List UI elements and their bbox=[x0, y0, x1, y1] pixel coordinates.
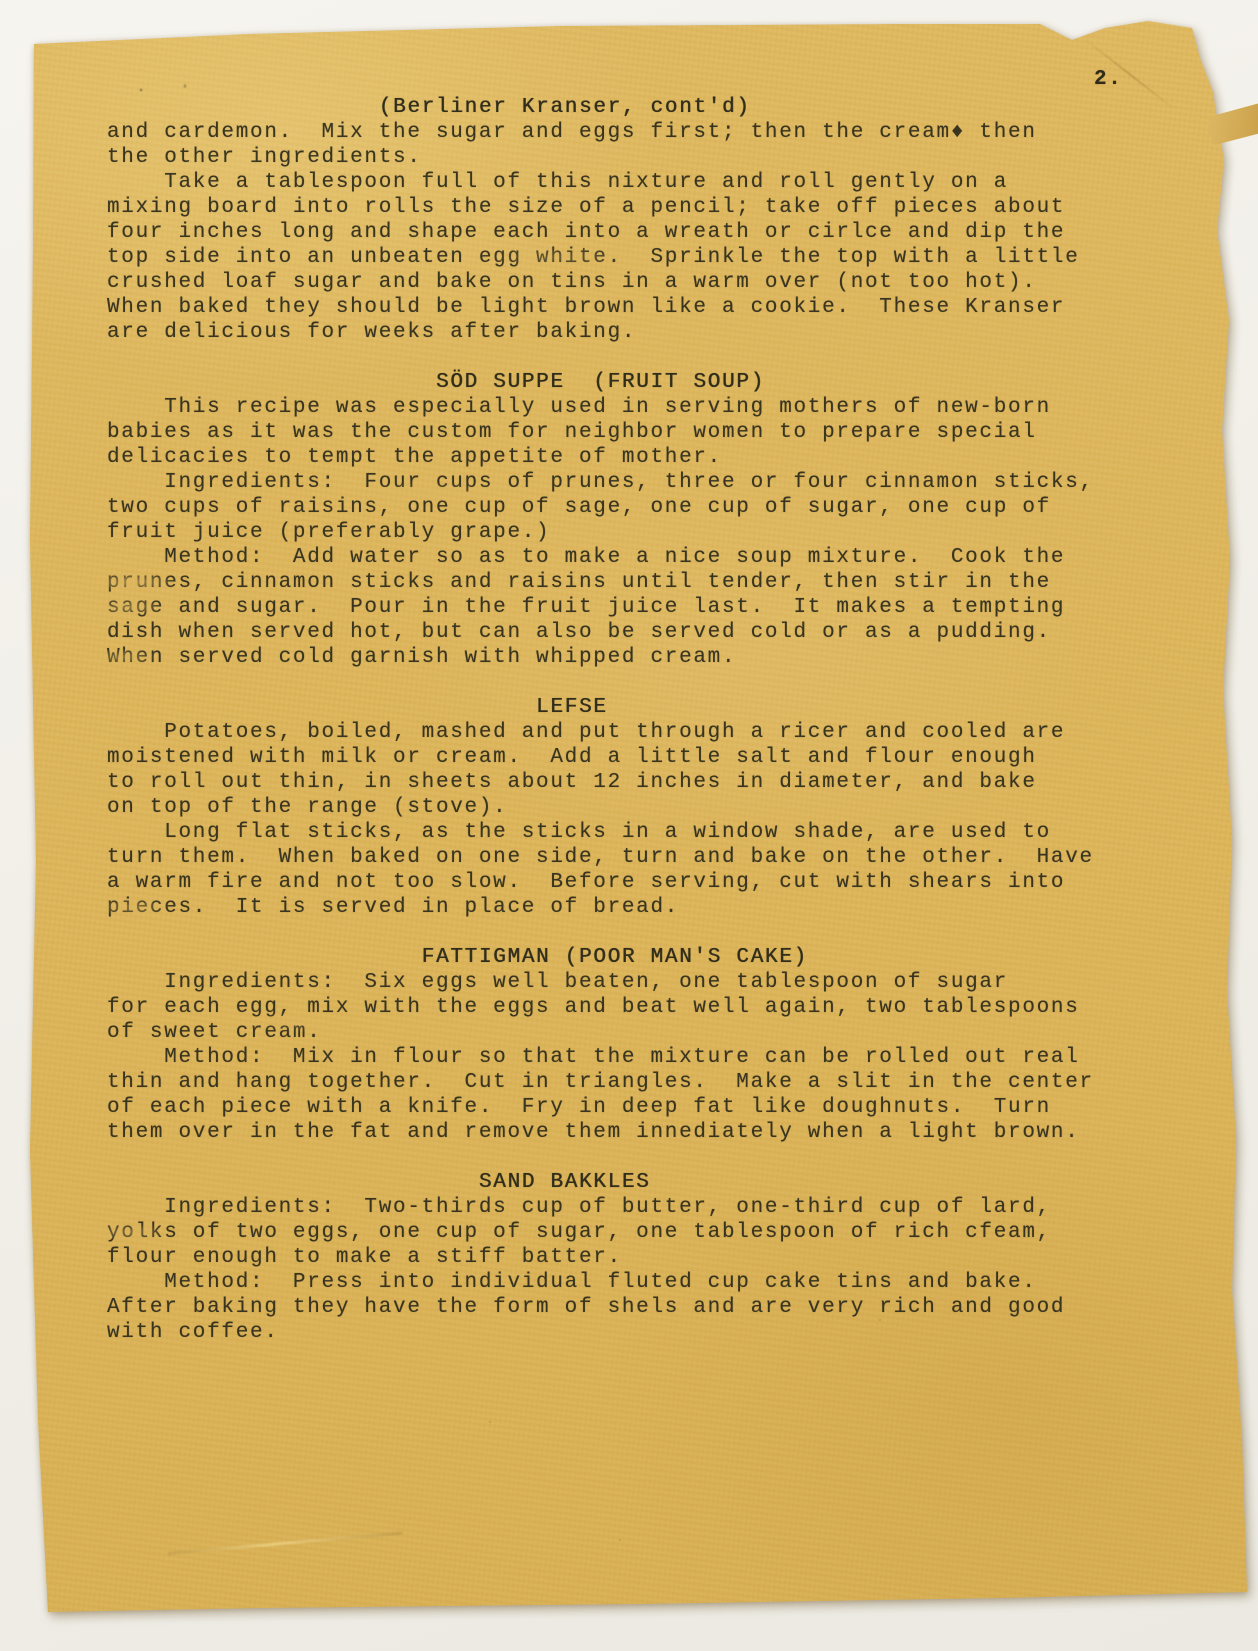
text-line: pieces. It is served in place of bread. bbox=[107, 895, 1177, 920]
text-line: top side into an unbeaten egg white. Spr… bbox=[107, 245, 1177, 270]
text-line: two cups of raisins, one cup of sage, on… bbox=[107, 495, 1177, 520]
text-line: dish when served hot, but can also be se… bbox=[107, 620, 1177, 645]
recipe-heading: SAND BAKKLES bbox=[107, 1170, 1177, 1195]
text-line: for each egg, mix with the eggs and beat… bbox=[107, 995, 1177, 1020]
paper-sheet-wrap: 2. (Berliner Kranser, cont'd)and cardemo… bbox=[0, 0, 1258, 1651]
text-line: yolks of two eggs, one cup of sugar, one… bbox=[107, 1220, 1177, 1245]
text-line: Method: Press into individual fluted cup… bbox=[107, 1270, 1177, 1295]
text-line: Method: Add water so as to make a nice s… bbox=[107, 545, 1177, 570]
text-line: fruit juice (preferably grape.) bbox=[107, 520, 1177, 545]
text-line: and cardemon. Mix the sugar and eggs fir… bbox=[107, 120, 1177, 145]
text-line: with coffee. bbox=[107, 1320, 1177, 1345]
text-line: After baking they have the form of shels… bbox=[107, 1295, 1177, 1320]
text-line: babies as it was the custom for neighbor… bbox=[107, 420, 1177, 445]
blank-line bbox=[107, 670, 1177, 695]
text-line: are delicious for weeks after baking. bbox=[107, 320, 1177, 345]
text-line: This recipe was especially used in servi… bbox=[107, 395, 1177, 420]
text-line: thin and hang together. Cut in triangles… bbox=[107, 1070, 1177, 1095]
text-line: delicacies to tempt the appetite of moth… bbox=[107, 445, 1177, 470]
text-line: of sweet cream. bbox=[107, 1020, 1177, 1045]
text-line: four inches long and shape each into a w… bbox=[107, 220, 1177, 245]
text-line: Ingredients: Six eggs well beaten, one t… bbox=[107, 970, 1177, 995]
recipe-heading: FATTIGMAN (POOR MAN'S CAKE) bbox=[107, 945, 1177, 970]
text-line: of each piece with a knife. Fry in deep … bbox=[107, 1095, 1177, 1120]
recipe-heading: (Berliner Kranser, cont'd) bbox=[107, 95, 1177, 120]
recipe-heading: SÖD SUPPE (FRUIT SOUP) bbox=[107, 370, 1177, 395]
blank-line bbox=[107, 345, 1177, 370]
text-line: Potatoes, boiled, mashed and put through… bbox=[107, 720, 1177, 745]
text-line: Take a tablespoon full of this nixture a… bbox=[107, 170, 1177, 195]
text-line: Method: Mix in flour so that the mixture… bbox=[107, 1045, 1177, 1070]
crease-bottom-left bbox=[168, 1532, 402, 1555]
text-line: flour enough to make a stiff batter. bbox=[107, 1245, 1177, 1270]
text-line: prunes, cinnamon sticks and raisins unti… bbox=[107, 570, 1177, 595]
blank-line bbox=[107, 920, 1177, 945]
text-line: sage and sugar. Pour in the fruit juice … bbox=[107, 595, 1177, 620]
text-line: Ingredients: Two-thirds cup of butter, o… bbox=[107, 1195, 1177, 1220]
text-block: (Berliner Kranser, cont'd)and cardemon. … bbox=[107, 95, 1177, 1345]
recipe-heading: LEFSE bbox=[107, 695, 1177, 720]
scanned-recipe-page: { "document": { "page_number": "2.", "pa… bbox=[0, 0, 1258, 1651]
text-line: the other ingredients. bbox=[107, 145, 1177, 170]
text-line: Ingredients: Four cups of prunes, three … bbox=[107, 470, 1177, 495]
blank-line bbox=[107, 1145, 1177, 1170]
text-line: a warm fire and not too slow. Before ser… bbox=[107, 870, 1177, 895]
text-line: When served cold garnish with whipped cr… bbox=[107, 645, 1177, 670]
paper-sheet: 2. (Berliner Kranser, cont'd)and cardemo… bbox=[0, 0, 1258, 1651]
text-line: to roll out thin, in sheets about 12 inc… bbox=[107, 770, 1177, 795]
text-line: moistened with milk or cream. Add a litt… bbox=[107, 745, 1177, 770]
text-line: When baked they should be light brown li… bbox=[107, 295, 1177, 320]
text-line: mixing board into rolls the size of a pe… bbox=[107, 195, 1177, 220]
text-line: turn them. When baked on one side, turn … bbox=[107, 845, 1177, 870]
page-number: 2. bbox=[1094, 68, 1123, 91]
text-line: Long flat sticks, as the sticks in a win… bbox=[107, 820, 1177, 845]
text-line: them over in the fat and remove them inn… bbox=[107, 1120, 1177, 1145]
text-line: crushed loaf sugar and bake on tins in a… bbox=[107, 270, 1177, 295]
text-line: on top of the range (stove). bbox=[107, 795, 1177, 820]
